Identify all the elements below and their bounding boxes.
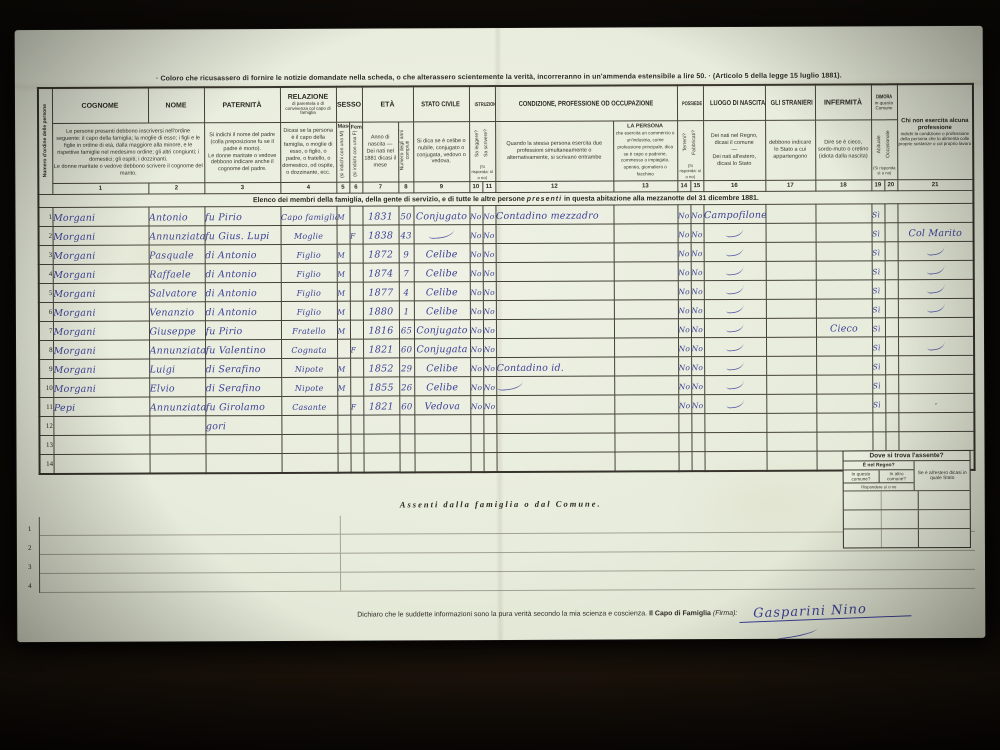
cell-infermita: Cieco bbox=[816, 318, 872, 337]
cell-relazione: Capo famiglia bbox=[280, 206, 336, 225]
cell-relazione: Nipote bbox=[281, 377, 337, 396]
cell-terreni: No bbox=[678, 243, 691, 262]
dove-empty-row bbox=[844, 528, 970, 548]
absent-row-number: 1 bbox=[28, 525, 32, 533]
cell-stato: Conjugato bbox=[414, 320, 470, 339]
handwritten-entry: No bbox=[691, 325, 703, 334]
ditto-mark bbox=[725, 285, 744, 295]
handwritten-entry: Casante bbox=[292, 403, 326, 412]
handwritten-entry: Sì bbox=[872, 324, 880, 333]
cell-scrive: No bbox=[483, 339, 496, 358]
cell-ab: Sì bbox=[872, 356, 885, 375]
cell-nome: Giuseppe bbox=[149, 321, 205, 340]
cell-f bbox=[350, 377, 363, 396]
cell-fabbricati: No bbox=[691, 319, 704, 338]
cell-nome bbox=[150, 454, 206, 474]
handwritten-entry: Celibe bbox=[426, 363, 458, 374]
handwritten-entry: 1831 bbox=[368, 211, 393, 222]
cell-n: 6 bbox=[39, 302, 53, 321]
cell-stranieri bbox=[766, 413, 816, 432]
cell-m: M bbox=[337, 358, 350, 377]
absent-row-number: 3 bbox=[28, 563, 32, 571]
cell-scrive: No bbox=[483, 320, 496, 339]
cell-relazione: Nipote bbox=[281, 358, 337, 377]
cell-legge: No bbox=[470, 263, 483, 282]
cell-anno bbox=[363, 434, 399, 453]
cell-fabbricati: No bbox=[691, 262, 704, 281]
handwritten-entry: Figlio bbox=[296, 251, 320, 260]
cell-oc bbox=[885, 394, 898, 413]
column-number: 18 bbox=[815, 180, 871, 191]
column-number: 20 bbox=[884, 180, 897, 191]
col-possiede-header: POSSIEDE bbox=[677, 85, 703, 121]
handwritten-entry: Morgani bbox=[53, 308, 95, 319]
handwritten-entry: No bbox=[470, 307, 482, 316]
handwritten-entry: M bbox=[337, 213, 345, 222]
cell-stranieri bbox=[766, 280, 816, 299]
absent-row-divider bbox=[340, 573, 341, 591]
handwritten-entry: M bbox=[337, 251, 345, 260]
handwritten-entry: No bbox=[483, 212, 495, 221]
cell-anno: 1877 bbox=[363, 282, 399, 301]
cell-relazione bbox=[282, 453, 338, 473]
cell-infermita bbox=[816, 299, 872, 318]
handwritten-entry: Sì bbox=[872, 210, 880, 219]
cell-infermita bbox=[816, 432, 872, 451]
handwritten-entry: 1 bbox=[404, 307, 410, 317]
handwritten-entry: Morgani bbox=[53, 289, 95, 300]
cell-f bbox=[351, 453, 364, 473]
cell-persona bbox=[614, 300, 678, 319]
cell-chi bbox=[898, 412, 974, 431]
cell-terreni: No bbox=[678, 319, 691, 338]
cell-stato: Vedova bbox=[414, 396, 470, 415]
cell-chi bbox=[898, 431, 974, 450]
handwritten-entry: Morgani bbox=[54, 384, 96, 395]
cell-ab: Sì bbox=[872, 299, 885, 318]
cell-m bbox=[337, 396, 350, 415]
declaration-line: Dichiaro che le suddette informazioni so… bbox=[357, 603, 985, 622]
cell-paternita bbox=[205, 434, 281, 453]
cell-n: 7 bbox=[39, 321, 53, 340]
cell-m: M bbox=[337, 282, 350, 301]
cell-legge: No bbox=[470, 377, 483, 396]
cell-stranieri bbox=[766, 337, 816, 356]
cell-n: 8 bbox=[39, 340, 53, 359]
handwritten-entry: No bbox=[483, 288, 495, 297]
note-sesso-m: Maschio(si indichi con una M) bbox=[336, 122, 349, 182]
cell-infermita bbox=[815, 204, 871, 223]
note-istruzione: Sa leggere?Sa scrivere? (Si risponda: sì… bbox=[469, 122, 495, 182]
cell-stranieri bbox=[765, 204, 815, 223]
handwritten-entry: Cieco bbox=[830, 323, 858, 334]
cell-ab: Sì bbox=[871, 204, 884, 223]
cell-paternita: fu Girolamo bbox=[205, 396, 281, 415]
cell-m bbox=[338, 453, 351, 473]
cell-scrive bbox=[484, 453, 497, 473]
handwritten-entry: Fratello bbox=[292, 327, 326, 336]
cell-terreni: No bbox=[678, 376, 691, 395]
handwritten-entry: No bbox=[484, 383, 496, 392]
col-sesso-header: SESSO bbox=[336, 87, 362, 123]
handwritten-entry: fu Valentino bbox=[206, 345, 266, 356]
handwritten-entry: Sì bbox=[872, 305, 880, 314]
handwritten-entry: No bbox=[678, 325, 690, 334]
cell-persona bbox=[614, 395, 678, 414]
col-condizione-header: CONDIZIONE, PROFESSIONE OD OCCUPAZIONE bbox=[495, 85, 677, 121]
handwritten-entry: 1838 bbox=[368, 230, 393, 241]
cell-f bbox=[350, 434, 363, 453]
cell-ab: Sì bbox=[872, 375, 885, 394]
handwritten-entry: No bbox=[483, 307, 495, 316]
absent-location-box: Dove si trova l'assente? È nel Regno? In… bbox=[843, 450, 971, 549]
cell-nome: Annunziata bbox=[149, 340, 205, 359]
cell-terreni: No bbox=[678, 262, 691, 281]
note-cognome-nome: Le persone presenti debbono inscriversi … bbox=[52, 123, 204, 184]
cell-anni: 1 bbox=[399, 301, 414, 320]
col-cognome-header: COGNOME bbox=[52, 88, 148, 124]
cell-nascita bbox=[704, 356, 766, 375]
cell-n: 2 bbox=[39, 226, 53, 245]
handwritten-entry: Campofilone bbox=[704, 210, 766, 221]
note-eta-anno: Anno di nascita — Dei nati nel 1881 dica… bbox=[362, 122, 398, 182]
cell-paternita: di Antonio bbox=[205, 301, 281, 320]
cell-nascita bbox=[704, 261, 766, 280]
cell-nascita bbox=[704, 280, 766, 299]
handwritten-entry: M bbox=[337, 270, 345, 279]
handwritten-entry: No bbox=[692, 382, 704, 391]
ditto-mark bbox=[926, 303, 945, 313]
absent-row-divider bbox=[340, 554, 341, 572]
cell-legge: No bbox=[470, 396, 483, 415]
dove-empty-row bbox=[844, 509, 970, 529]
handwritten-entry: No bbox=[471, 402, 483, 411]
handwritten-entry: Giuseppe bbox=[149, 326, 196, 337]
handwritten-entry: F bbox=[350, 232, 355, 241]
note-eta-num: Numero degli anni compiuti bbox=[398, 122, 413, 182]
cell-anni: 65 bbox=[399, 320, 414, 339]
cell-anno: 1838 bbox=[363, 225, 399, 244]
note-paternita: Si indichi il nome del padre (colla prep… bbox=[204, 122, 280, 182]
cell-n: 12 bbox=[39, 416, 53, 435]
cell-scrive: No bbox=[483, 358, 496, 377]
handwritten-entry: · bbox=[934, 399, 937, 410]
handwritten-entry: Capo famiglia bbox=[281, 213, 337, 222]
ditto-mark bbox=[496, 381, 523, 391]
cell-anno bbox=[363, 415, 399, 434]
absent-row-divider bbox=[340, 516, 341, 534]
handwritten-entry: No bbox=[692, 344, 704, 353]
cell-stato: Celibe bbox=[414, 301, 470, 320]
cell-condizione bbox=[496, 281, 614, 301]
handwritten-entry: M bbox=[337, 327, 345, 336]
col-infermita-header: INFERMITÀ bbox=[815, 84, 871, 120]
handwritten-entry: No bbox=[691, 230, 703, 239]
handwritten-entry: 50 bbox=[400, 212, 411, 222]
cell-scrive: No bbox=[483, 301, 496, 320]
col-stranieri-header: GLI STRANIERI bbox=[765, 85, 815, 121]
cell-stranieri bbox=[766, 356, 816, 375]
cell-m: M bbox=[337, 244, 350, 263]
cell-paternita: fu Pirio bbox=[205, 320, 281, 339]
handwritten-entry: No bbox=[471, 345, 483, 354]
handwritten-entry: Figlio bbox=[297, 289, 321, 298]
handwritten-entry: M bbox=[338, 384, 346, 393]
cell-nascita bbox=[704, 242, 766, 261]
cell-stato: Celibe bbox=[414, 377, 470, 396]
cell-chi bbox=[898, 317, 974, 336]
cell-n: 4 bbox=[39, 264, 53, 283]
handwritten-entry: Cognata bbox=[291, 346, 326, 355]
paper-stain bbox=[75, 209, 235, 300]
cell-chi bbox=[898, 241, 974, 260]
column-number: 17 bbox=[765, 180, 815, 191]
cell-stato: Celibe bbox=[414, 282, 470, 301]
column-number: 7 bbox=[362, 182, 398, 193]
cell-cognome: Pepi bbox=[53, 397, 149, 416]
cell-nascita bbox=[704, 394, 766, 413]
absent-row-number: 4 bbox=[28, 582, 32, 590]
cell-f: F bbox=[350, 396, 363, 415]
photo-background: { "notice": "· Coloro che ricusassero di… bbox=[0, 0, 1000, 750]
col-istruzione-header: ISTRUZIONE bbox=[469, 86, 495, 122]
handwritten-entry: No bbox=[470, 269, 482, 278]
ditto-mark bbox=[726, 399, 745, 409]
col-ordine-header: Numero d'ordine delle persone bbox=[38, 88, 52, 195]
cell-n: 14 bbox=[40, 454, 54, 474]
handwritten-entry: No bbox=[691, 268, 703, 277]
handwritten-entry: 1821 bbox=[369, 344, 394, 355]
handwritten-entry: Celibe bbox=[426, 249, 458, 260]
handwritten-entry: No bbox=[692, 363, 704, 372]
cell-persona bbox=[614, 414, 678, 433]
cell-terreni: No bbox=[678, 338, 691, 357]
cell-condizione: Contadino mezzadro bbox=[495, 205, 613, 225]
cell-m bbox=[337, 415, 350, 434]
cell-fabbricati: No bbox=[691, 243, 704, 262]
cell-oc bbox=[885, 432, 898, 451]
cell-scrive: No bbox=[483, 282, 496, 301]
cell-terreni bbox=[678, 433, 691, 452]
cell-oc bbox=[885, 375, 898, 394]
cell-oc bbox=[885, 280, 898, 299]
handwritten-entry: No bbox=[679, 382, 691, 391]
cell-stranieri bbox=[766, 394, 816, 413]
col-nome-header: NOME bbox=[148, 87, 204, 123]
handwritten-entry: gori bbox=[206, 421, 226, 432]
cell-anno: 1816 bbox=[363, 320, 399, 339]
cell-terreni: No bbox=[678, 300, 691, 319]
handwritten-entry: No bbox=[691, 211, 703, 220]
handwritten-entry: No bbox=[679, 401, 691, 410]
note-relazione: Dicasi se la persona è il capo della fam… bbox=[280, 122, 336, 182]
handwritten-entry: 1874 bbox=[368, 268, 393, 279]
handwritten-entry: No bbox=[678, 268, 690, 277]
col-stato-header: STATO CIVILE bbox=[413, 86, 469, 122]
ditto-mark bbox=[726, 323, 745, 333]
column-number: 8 bbox=[398, 182, 413, 193]
cell-condizione: Contadino id. bbox=[496, 357, 614, 377]
cell-n: 1 bbox=[38, 207, 52, 226]
cell-legge: No bbox=[470, 282, 483, 301]
cell-persona bbox=[613, 205, 677, 224]
cell-stato: Conjugato bbox=[413, 206, 469, 225]
handwritten-entry: Celibe bbox=[426, 268, 458, 279]
cell-condizione bbox=[496, 376, 614, 396]
column-number: 19 bbox=[871, 180, 884, 191]
column-number: 10 bbox=[469, 182, 482, 193]
cell-fabbricati: No bbox=[691, 224, 704, 243]
column-number: 14 bbox=[677, 181, 690, 192]
column-number: 3 bbox=[204, 182, 280, 193]
cell-n: 3 bbox=[39, 245, 53, 264]
cell-persona bbox=[614, 433, 678, 452]
cell-scrive: No bbox=[483, 377, 496, 396]
note-stranieri: debbono indicare lo Stato a cui apparten… bbox=[765, 120, 815, 180]
cell-m: M bbox=[336, 206, 349, 225]
cell-anni bbox=[400, 453, 415, 473]
handwritten-entry: Figlio bbox=[297, 308, 321, 317]
column-number: 21 bbox=[897, 179, 973, 190]
cell-nome: Venanzio bbox=[149, 302, 205, 321]
handwritten-entry: Sì bbox=[873, 400, 881, 409]
cell-f: F bbox=[350, 339, 363, 358]
cell-ab: Sì bbox=[872, 223, 885, 242]
cell-anno: 1831 bbox=[362, 206, 398, 225]
handwritten-entry: Vedova bbox=[424, 401, 460, 412]
cell-scrive bbox=[483, 415, 496, 434]
handwritten-entry: Sì bbox=[873, 343, 881, 352]
column-number: 15 bbox=[690, 181, 703, 192]
ink-flourish bbox=[777, 627, 818, 640]
cell-infermita bbox=[816, 394, 872, 413]
cell-m bbox=[337, 434, 350, 453]
handwritten-entry: 43 bbox=[400, 231, 411, 241]
handwritten-entry: Conjugato bbox=[416, 211, 467, 222]
cell-anni bbox=[399, 415, 414, 434]
cell-infermita bbox=[816, 223, 872, 242]
handwritten-entry: Sì bbox=[872, 267, 880, 276]
cell-paternita: fu Pirio bbox=[204, 206, 280, 225]
handwritten-entry: No bbox=[471, 364, 483, 373]
cell-f bbox=[350, 415, 363, 434]
ditto-mark bbox=[926, 341, 945, 351]
handwritten-entry: No bbox=[678, 211, 690, 220]
cell-terreni: No bbox=[678, 357, 691, 376]
handwritten-entry: No bbox=[679, 363, 691, 372]
cell-legge bbox=[471, 453, 484, 473]
handwritten-entry: Nipote bbox=[295, 384, 324, 393]
cell-infermita bbox=[816, 280, 872, 299]
handwritten-entry: 1872 bbox=[368, 249, 393, 260]
cell-anno: 1821 bbox=[363, 339, 399, 358]
cell-anno: 1855 bbox=[363, 377, 399, 396]
note-stato: Si dica se è celibe o nubile, conjugato … bbox=[413, 122, 469, 182]
cell-cognome bbox=[53, 435, 149, 454]
handwritten-entry: No bbox=[678, 306, 690, 315]
column-number: 13 bbox=[613, 181, 677, 192]
cell-ab bbox=[872, 413, 885, 432]
handwritten-entry: 4 bbox=[403, 288, 409, 298]
handwritten-entry: Annunziata bbox=[150, 402, 206, 413]
handwritten-entry: 26 bbox=[401, 383, 412, 393]
cell-fabbricati: No bbox=[691, 395, 704, 414]
handwritten-entry: 60 bbox=[401, 402, 412, 412]
cell-paternita: di Antonio bbox=[205, 282, 281, 301]
handwritten-entry: 7 bbox=[403, 269, 409, 279]
cell-anno: 1874 bbox=[363, 263, 399, 282]
handwritten-entry: No bbox=[678, 230, 690, 239]
cell-anno: 1852 bbox=[363, 358, 399, 377]
cell-stato bbox=[414, 415, 470, 434]
note-possiede: Terreni?Fabbricati? (Si risponda: sì o n… bbox=[677, 121, 703, 181]
cell-chi bbox=[898, 374, 974, 393]
column-number: 16 bbox=[703, 180, 765, 191]
cell-cognome bbox=[53, 416, 149, 435]
handwritten-entry: No bbox=[691, 287, 703, 296]
note-condizione: Quando la stessa persona esercita due pr… bbox=[495, 121, 613, 182]
cell-fabbricati bbox=[691, 414, 704, 433]
cell-nome bbox=[149, 435, 205, 454]
cell-m: M bbox=[337, 320, 350, 339]
handwritten-entry: Morgani bbox=[53, 327, 95, 338]
cell-scrive: No bbox=[483, 263, 496, 282]
cell-infermita bbox=[816, 413, 872, 432]
cell-m: M bbox=[337, 263, 350, 282]
cell-chi bbox=[898, 260, 974, 279]
cell-nome: Luigi bbox=[149, 359, 205, 378]
handwritten-entry: No bbox=[470, 212, 482, 221]
cell-cognome: Morgani bbox=[53, 378, 149, 397]
cell-chi bbox=[898, 279, 974, 298]
handwritten-entry: No bbox=[483, 269, 495, 278]
cell-stato: Celibe bbox=[414, 263, 470, 282]
cell-anni: 43 bbox=[399, 225, 414, 244]
handwritten-entry: No bbox=[484, 402, 496, 411]
ditto-mark bbox=[428, 229, 455, 239]
cell-cognome: Morgani bbox=[53, 302, 149, 321]
ditto-mark bbox=[726, 361, 745, 371]
cell-cognome: Morgani bbox=[53, 340, 149, 359]
handwritten-entry: 1816 bbox=[368, 325, 393, 336]
cell-chi: Col Marito bbox=[898, 222, 974, 241]
cell-terreni bbox=[678, 414, 691, 433]
handwritten-entry: No bbox=[470, 326, 482, 335]
column-number: 1 bbox=[52, 183, 148, 194]
handwritten-entry: No bbox=[483, 326, 495, 335]
cell-persona bbox=[614, 357, 678, 376]
cell-condizione bbox=[496, 319, 614, 339]
cell-m: M bbox=[337, 377, 350, 396]
handwritten-entry: No bbox=[484, 364, 496, 373]
cell-cognome bbox=[54, 454, 150, 474]
firma-label: Il Capo di Famiglia bbox=[649, 610, 711, 617]
cell-persona bbox=[614, 262, 678, 281]
cell-anni: 26 bbox=[399, 377, 414, 396]
cell-oc bbox=[885, 318, 898, 337]
cell-nome: Elvio bbox=[149, 378, 205, 397]
handwritten-entry: Contadino mezzadro bbox=[496, 211, 599, 222]
ditto-mark bbox=[725, 266, 744, 276]
handwritten-entry: No bbox=[484, 345, 496, 354]
handwritten-entry: Morgani bbox=[53, 213, 95, 224]
cell-anni: 50 bbox=[398, 206, 413, 225]
estero-note: Se è all'estero dicasi in quale Stato bbox=[915, 461, 970, 490]
handwritten-entry: No bbox=[470, 288, 482, 297]
ditto-mark bbox=[726, 380, 745, 390]
cell-anni: 4 bbox=[399, 282, 414, 301]
cell-fabbricati: No bbox=[691, 281, 704, 300]
